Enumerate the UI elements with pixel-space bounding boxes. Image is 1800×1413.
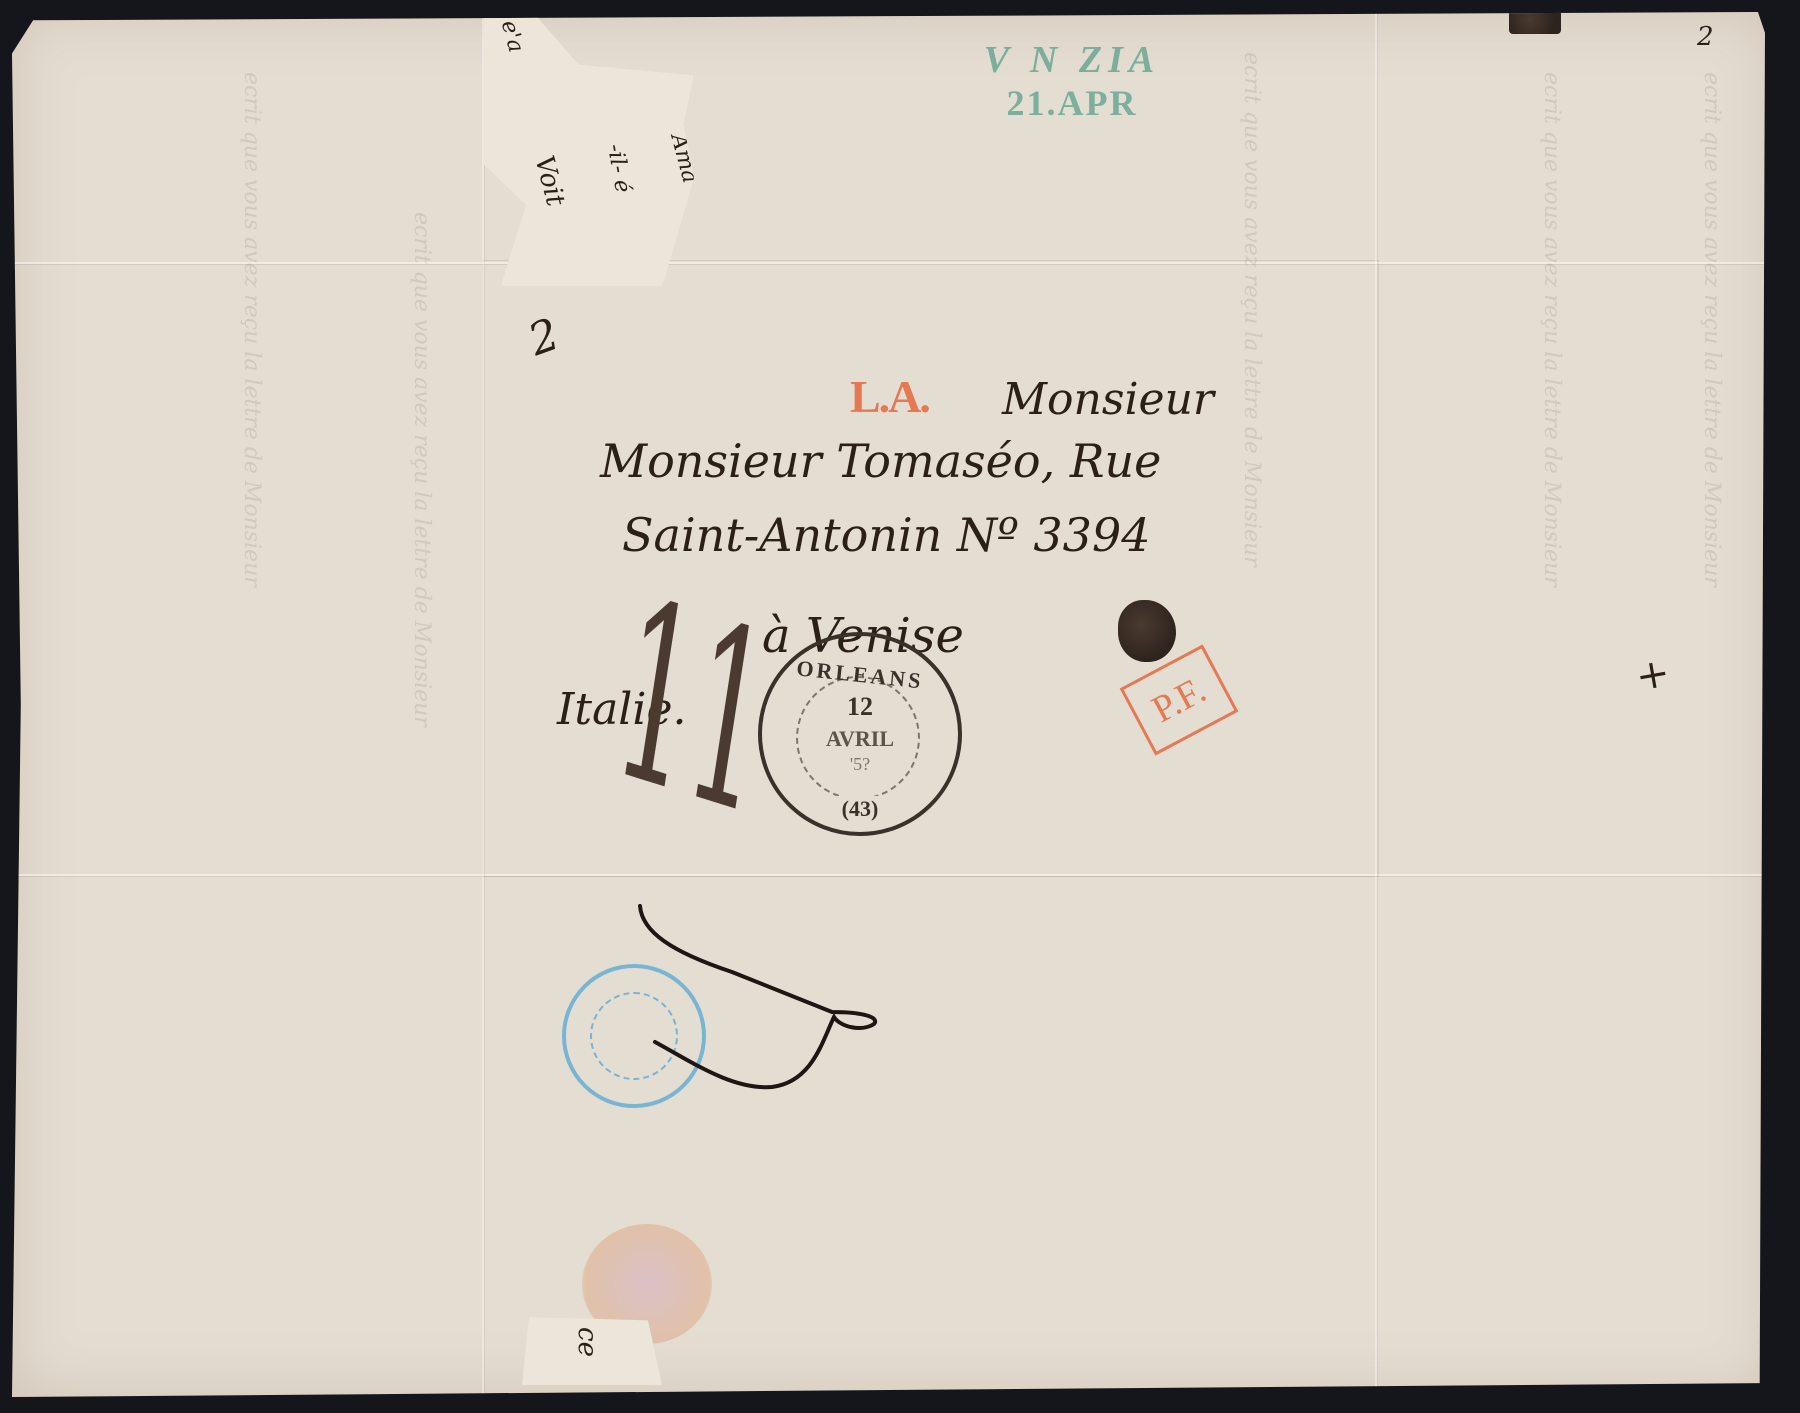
cross-mark: +	[1632, 649, 1673, 700]
show-through-text: ecrit que vous avez reçu la lettre de Mo…	[230, 72, 272, 587]
orleans-day: 12	[762, 692, 958, 722]
wax-seal-remnant	[1118, 600, 1176, 662]
fold-line-top	[12, 262, 1772, 264]
show-through-text: ecrit que vous avez reçu la lettre de Mo…	[1230, 52, 1272, 567]
show-through-text: ecrit que vous avez reçu la lettre de Mo…	[1530, 72, 1572, 587]
venezia-postmark-town: V N ZIA	[952, 38, 1192, 82]
fragment-text: Voit	[528, 153, 570, 210]
venezia-postmark-date: 21.APR	[952, 82, 1192, 124]
orleans-year: '5?	[762, 754, 958, 775]
address-line-2: Monsieur Tomaséo, Rue	[600, 434, 1161, 488]
corner-mark: 2	[1697, 22, 1714, 52]
fold-line-bottom	[12, 874, 1772, 876]
show-through-text: ecrit que vous avez reçu la lettre de Mo…	[1690, 72, 1732, 587]
fold-line-right	[1375, 12, 1377, 1397]
wax-residue-top	[1509, 10, 1561, 34]
torn-seal-fragment-bottom: ce	[522, 1317, 662, 1385]
letter-sheet: ecrit que vous avez reçu la lettre de Mo…	[12, 12, 1772, 1397]
address-line-1: Monsieur	[1002, 374, 1214, 425]
fragment-text: Ama	[665, 131, 702, 186]
orleans-postmark: ORLEANS 12 AVRIL '5? (43)	[758, 632, 962, 836]
postage-rate: 11	[614, 542, 774, 874]
fragment-text: -il- é	[602, 142, 635, 195]
torn-seal-fragment-top: e'a Voit -il- é Ama	[484, 16, 694, 286]
show-through-text: ecrit que vous avez reçu la lettre de Mo…	[400, 212, 442, 727]
fragment-text: e'a	[496, 18, 528, 56]
paraph-flourish	[612, 892, 902, 1092]
address-line-3: Saint-Antonin Nº 3394	[622, 508, 1150, 562]
pf-box-text: P.F.	[1145, 668, 1213, 732]
la-mark: L.A.	[850, 370, 929, 423]
fragment-text: ce	[572, 1327, 602, 1357]
orleans-month: AVRIL	[762, 726, 958, 752]
orleans-dept: (43)	[830, 796, 890, 822]
venezia-postmark: V N ZIA 21.APR	[952, 38, 1192, 124]
fold-line-left	[482, 12, 484, 1397]
